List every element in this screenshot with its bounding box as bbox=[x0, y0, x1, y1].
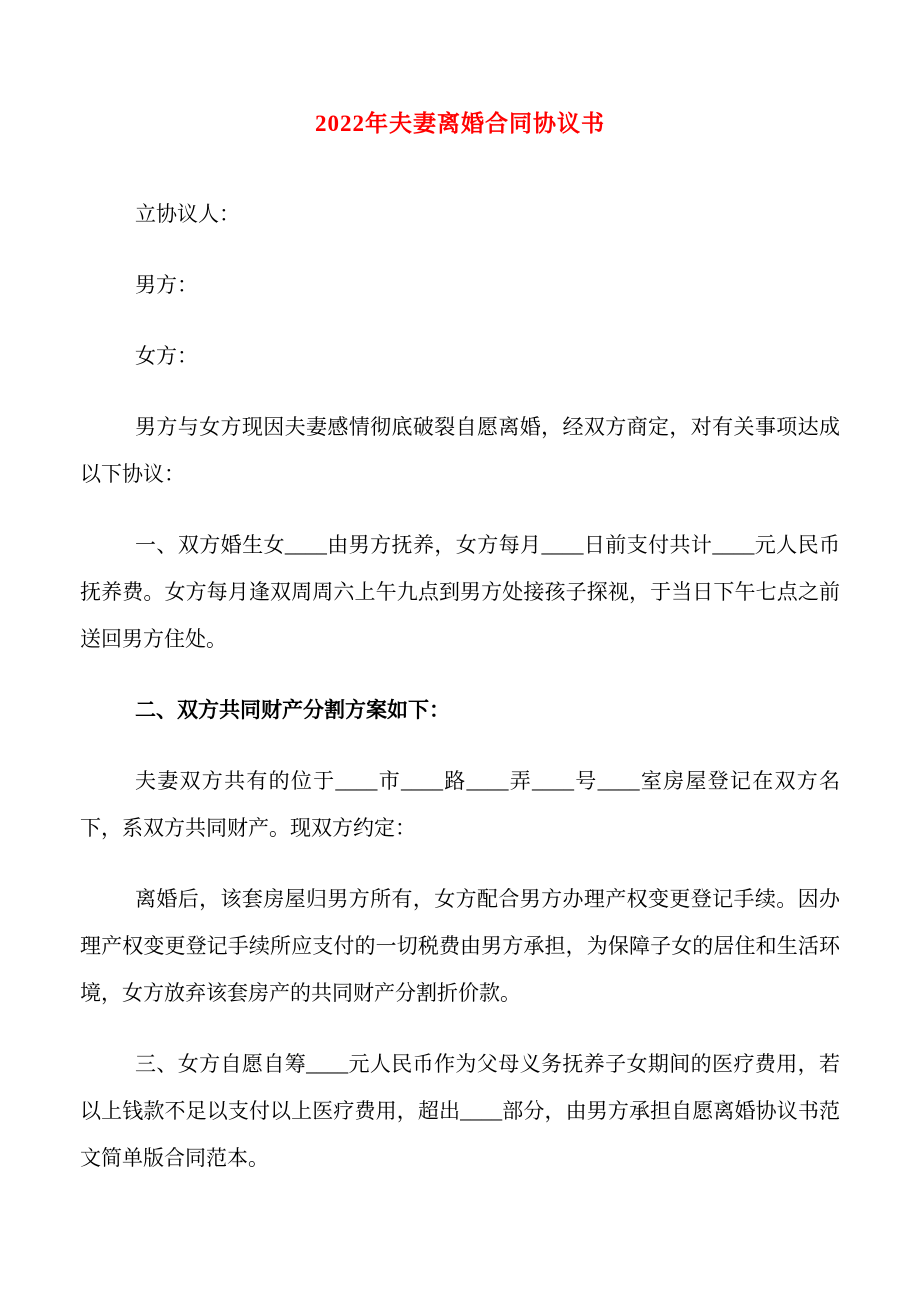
paragraph-clause-2-property-terms: 离婚后，该套房屋归男方所有，女方配合男方办理产权变更登记手续。因办理产权变更登记… bbox=[80, 876, 840, 1017]
paragraph-wife-label: 女方： bbox=[80, 333, 840, 380]
paragraph-parties-label: 立协议人： bbox=[80, 191, 840, 238]
paragraph-clause-2-heading: 二、双方共同财产分割方案如下： bbox=[80, 687, 840, 734]
paragraph-preamble: 男方与女方现因夫妻感情彻底破裂自愿离婚，经双方商定，对有关事项达成以下协议： bbox=[80, 404, 840, 498]
paragraph-clause-1-custody: 一、双方婚生女____由男方抚养，女方每月____日前支付共计____元人民币抚… bbox=[80, 522, 840, 663]
document-page: 2022年夫妻离婚合同协议书 立协议人： 男方： 女方： 男方与女方现因夫妻感情… bbox=[0, 0, 920, 1302]
paragraph-clause-3-medical: 三、女方自愿自筹____元人民币作为父母义务抚养子女期间的医疗费用，若以上钱款不… bbox=[80, 1041, 840, 1182]
document-title: 2022年夫妻离婚合同协议书 bbox=[80, 100, 840, 147]
paragraph-clause-2-property: 夫妻双方共有的位于____市____路____弄____号____室房屋登记在双… bbox=[80, 758, 840, 852]
paragraph-husband-label: 男方： bbox=[80, 262, 840, 309]
